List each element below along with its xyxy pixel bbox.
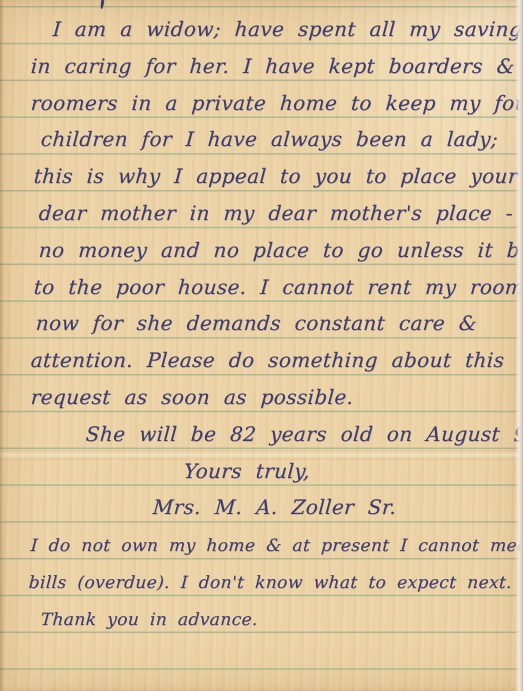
handwritten-line: in caring for her. I have kept boarders … (30, 54, 516, 78)
handwritten-line: no money and no place to go unless it be (38, 238, 523, 262)
handwritten-line: dear mother in my dear mother's place - … (38, 201, 523, 225)
handwritten-line: I do not own my home & at present I cann… (30, 536, 523, 556)
handwritten-line: I am a widow; have spent all my savings (52, 17, 523, 41)
handwritten-line: now for she demands constant care & (35, 311, 478, 335)
handwritten-line: Thank you in advance. (40, 610, 259, 630)
letter-page: I am a widow; have spent all my savingsi… (0, 0, 523, 691)
handwritten-line: bills (overdue). I don't know what to ex… (28, 573, 513, 593)
handwritten-line: roomers in a private home to keep my fou… (30, 91, 523, 115)
handwritten-line: She will be 82 years old on August 9th. (85, 422, 523, 446)
handwritten-line: to the poor house. I cannot rent my room… (33, 275, 523, 299)
handwritten-line: Mrs. M. A. Zoller Sr. (152, 495, 397, 519)
handwritten-line: Yours truly, (183, 459, 311, 483)
handwritten-line: attention. Please do something about thi… (30, 348, 505, 372)
paper-edge-right (515, 0, 523, 691)
handwritten-line: children for I have always been a lady; (40, 127, 499, 151)
paper-edge-left (0, 0, 4, 691)
handwriting-layer: I am a widow; have spent all my savingsi… (0, 0, 523, 691)
handwritten-line: request as soon as possible. (30, 385, 354, 409)
handwritten-line: this is why I appeal to you to place you… (33, 164, 519, 188)
